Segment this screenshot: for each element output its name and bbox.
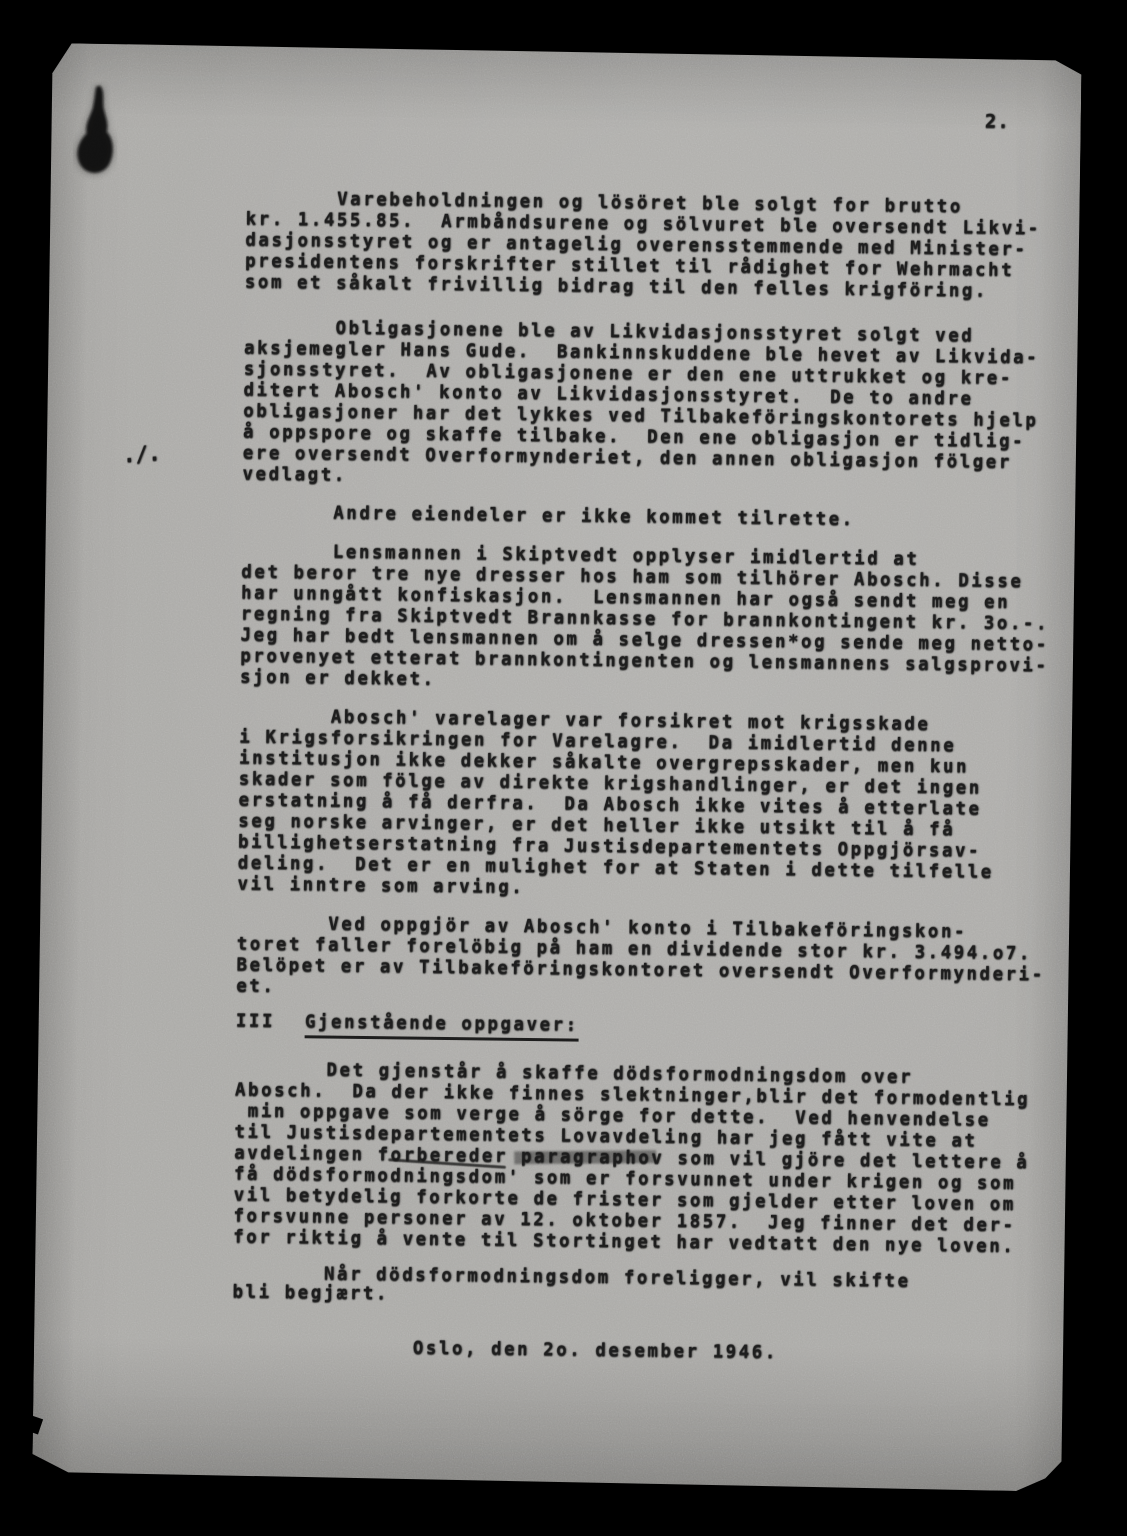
- dateline: Oslo, den 2o. desember 1946.: [413, 1339, 778, 1364]
- ink-blot: [68, 81, 129, 182]
- paragraph-sale-proceeds: Varebeholdningen og lösöret ble solgt fo…: [245, 188, 1041, 303]
- paragraph-bonds: Obligasjonene ble av Likvidasjonsstyret …: [242, 317, 1039, 495]
- paragraph-war-insurance: Abosch' varelager var forsikret mot krig…: [237, 706, 995, 904]
- paragraph-estate-closing: Når dödsformodningsdom foreligger, vil s…: [232, 1264, 910, 1310]
- paragraph-sheriff-suits: Lensmannen i Skiptvedt opplyser imidlert…: [240, 541, 1050, 698]
- section-numeral: III: [236, 1011, 275, 1032]
- edge-notch: [27, 1415, 43, 1434]
- page-number: 2.: [985, 112, 1010, 133]
- attachment-mark: ./.: [122, 443, 161, 466]
- paragraph-dividend: Ved oppgjör av Abosch' konto i Tilbakefö…: [236, 913, 1045, 1007]
- scan-background: 2. ./. Varebeholdningen og lösöret ble s…: [0, 0, 1127, 1536]
- section-heading: III Gjenstående oppgaver:: [236, 1011, 579, 1041]
- overstrike-mark: [514, 1150, 656, 1164]
- section-title: Gjenstående oppgaver:: [305, 1012, 579, 1041]
- paragraph-other-assets: Andre eiendeler er ikke kommet tilrette.: [242, 502, 855, 530]
- document-page: 2. ./. Varebeholdningen og lösöret ble s…: [32, 43, 1081, 1492]
